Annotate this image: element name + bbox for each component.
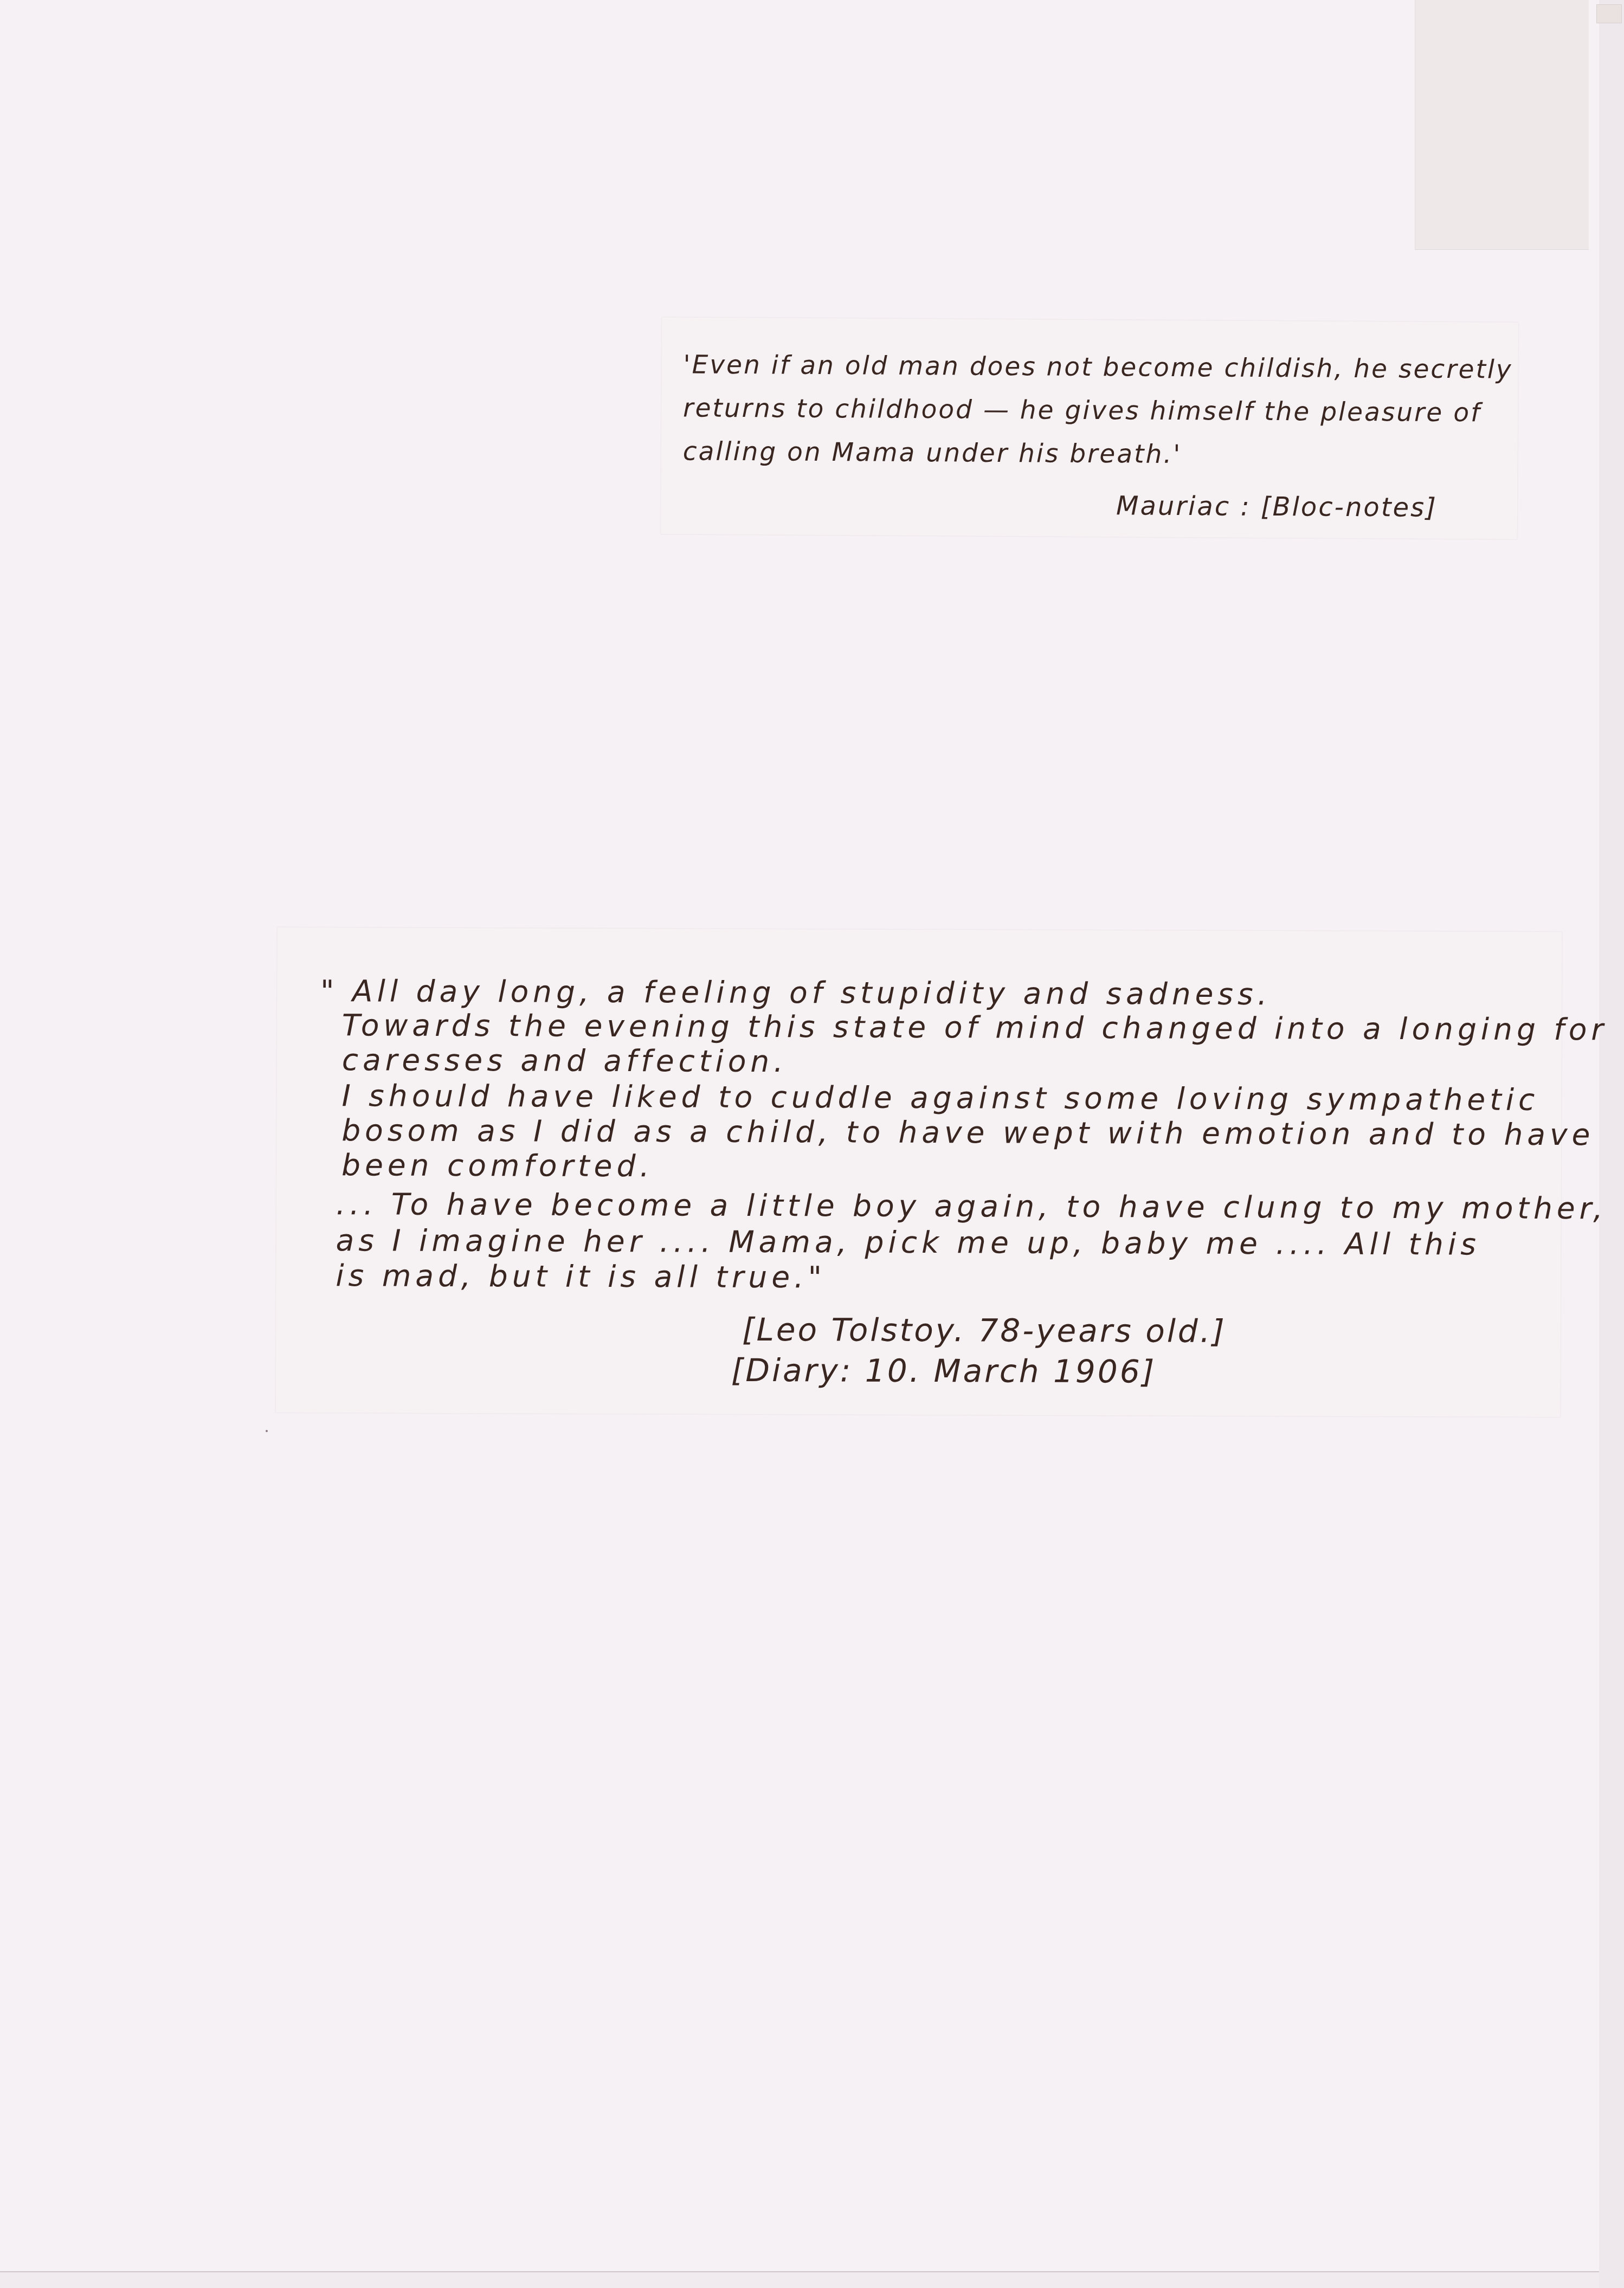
mauriac-line-3: calling on Mama under his breath.' <box>683 436 1182 469</box>
tolstoy-line-6: been comforted. <box>341 1148 654 1183</box>
tolstoy-line-7: ... To have become a little boy again, t… <box>336 1187 1607 1226</box>
tolstoy-attribution-author: [Leo Tolstoy. 78-years old.] <box>742 1311 1227 1350</box>
tolstoy-line-8: as I imagine her .... Mama, pick me up, … <box>336 1223 1480 1261</box>
tolstoy-line-3: caresses and affection. <box>342 1042 788 1079</box>
tolstoy-line-2: Towards the evening this state of mind c… <box>342 1008 1608 1047</box>
mauriac-attribution: Mauriac : [Bloc-notes] <box>1116 491 1438 523</box>
tolstoy-attribution-date: [Diary: 10. March 1906] <box>731 1352 1157 1390</box>
page-edge <box>1599 0 1624 2288</box>
mauriac-line-1: 'Even if an old man does not become chil… <box>684 350 1513 384</box>
pasted-corner-slip <box>1415 0 1589 250</box>
ink-speck <box>266 1430 268 1432</box>
tolstoy-line-9: is mad, but it is all true." <box>336 1258 826 1294</box>
mauriac-quote-slip: 'Even if an old man does not become chil… <box>661 317 1518 539</box>
mauriac-line-2: returns to childhood — he gives himself … <box>683 393 1481 428</box>
corner-mount <box>1596 4 1622 23</box>
tolstoy-line-5: bosom as I did as a child, to have wept … <box>341 1113 1594 1152</box>
tolstoy-diary-slip: " All day long, a feeling of stupidity a… <box>275 927 1562 1417</box>
tolstoy-line-4: I should have liked to cuddle against so… <box>341 1078 1539 1117</box>
tolstoy-line-1: " All day long, a feeling of stupidity a… <box>320 974 1271 1011</box>
